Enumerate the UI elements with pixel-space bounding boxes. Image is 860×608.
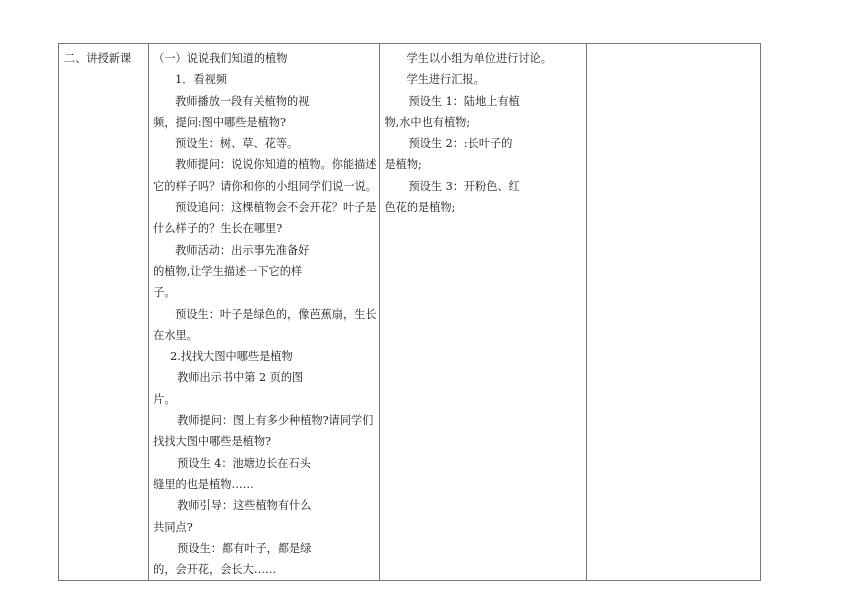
table-row: 二、讲授新课 （一）说说我们知道的植物1．看视频教师播放一段有关植物的视频，提问… xyxy=(59,44,761,581)
text-line: 2.找找大图中哪些是植物 xyxy=(153,346,376,367)
text-line: 学生进行汇报。 xyxy=(384,69,582,90)
teacher-activity-text: （一）说说我们知道的植物1．看视频教师播放一段有关植物的视频，提问:图中哪些是植… xyxy=(149,44,379,580)
notes-text xyxy=(587,44,760,48)
text-line: 共同点? xyxy=(153,517,376,538)
text-line: 预设生 2：:长叶子的 xyxy=(384,133,582,154)
text-line: 预设生 4：池塘边长在石头 xyxy=(153,453,376,474)
text-line: （一）说说我们知道的植物 xyxy=(153,48,376,69)
lesson-plan-table: 二、讲授新课 （一）说说我们知道的植物1．看视频教师播放一段有关植物的视频，提问… xyxy=(58,43,761,581)
document-page: 二、讲授新课 （一）说说我们知道的植物1．看视频教师播放一段有关植物的视频，提问… xyxy=(0,0,860,608)
text-line: 片。 xyxy=(153,389,376,410)
text-line: 预设生：树、草、花等。 xyxy=(153,133,376,154)
section-cell: 二、讲授新课 xyxy=(59,44,149,581)
text-line: 缝里的也是植物…… xyxy=(153,474,376,495)
student-activity-cell: 学生以小组为单位进行讨论。学生进行汇报。预设生 1：陆地上有植物,水中也有植物;… xyxy=(380,44,586,581)
text-line: 教师提问：图上有多少种植物?请同学们 xyxy=(153,410,376,431)
teacher-activity-cell: （一）说说我们知道的植物1．看视频教师播放一段有关植物的视频，提问:图中哪些是植… xyxy=(149,44,380,581)
text-line: 1．看视频 xyxy=(153,69,376,90)
notes-cell xyxy=(586,44,760,581)
text-line: 物,水中也有植物; xyxy=(384,112,582,133)
text-line: 的植物,让学生描述一下它的样 xyxy=(153,261,376,282)
text-line: 教师出示书中第 2 页的图 xyxy=(153,367,376,388)
student-activity-text: 学生以小组为单位进行讨论。学生进行汇报。预设生 1：陆地上有植物,水中也有植物;… xyxy=(380,44,585,218)
section-title: 二、讲授新课 xyxy=(64,48,145,69)
text-line: 预设生：都有叶子，都是绿 xyxy=(153,538,376,559)
text-line: 在水里。 xyxy=(153,325,376,346)
text-line: 的，会开花，会长大…… xyxy=(153,559,376,580)
text-line: 它的样子吗？请你和你的小组同学们说一说。 xyxy=(153,176,376,197)
text-line: 学生以小组为单位进行讨论。 xyxy=(384,48,582,69)
text-line: 找找大图中哪些是植物? xyxy=(153,431,376,452)
text-line: 教师活动：出示事先准备好 xyxy=(153,240,376,261)
text-line: 预设生：叶子是绿色的，像芭蕉扇，生长 xyxy=(153,304,376,325)
text-line: 预设生 1：陆地上有植 xyxy=(384,91,582,112)
text-line: 色花的是植物; xyxy=(384,197,582,218)
text-line: 预设生 3：开粉色、红 xyxy=(384,176,582,197)
text-line: 教师播放一段有关植物的视 xyxy=(153,91,376,112)
text-line: 什么样子的？生长在哪里? xyxy=(153,218,376,239)
text-line: 子。 xyxy=(153,282,376,303)
text-line: 教师提问：说说你知道的植物。你能描述 xyxy=(153,154,376,175)
text-line: 是植物; xyxy=(384,154,582,175)
text-line: 教师引导：这些植物有什么 xyxy=(153,495,376,516)
text-line: 预设追问：这棵植物会不会开花？叶子是 xyxy=(153,197,376,218)
text-line: 频，提问:图中哪些是植物? xyxy=(153,112,376,133)
